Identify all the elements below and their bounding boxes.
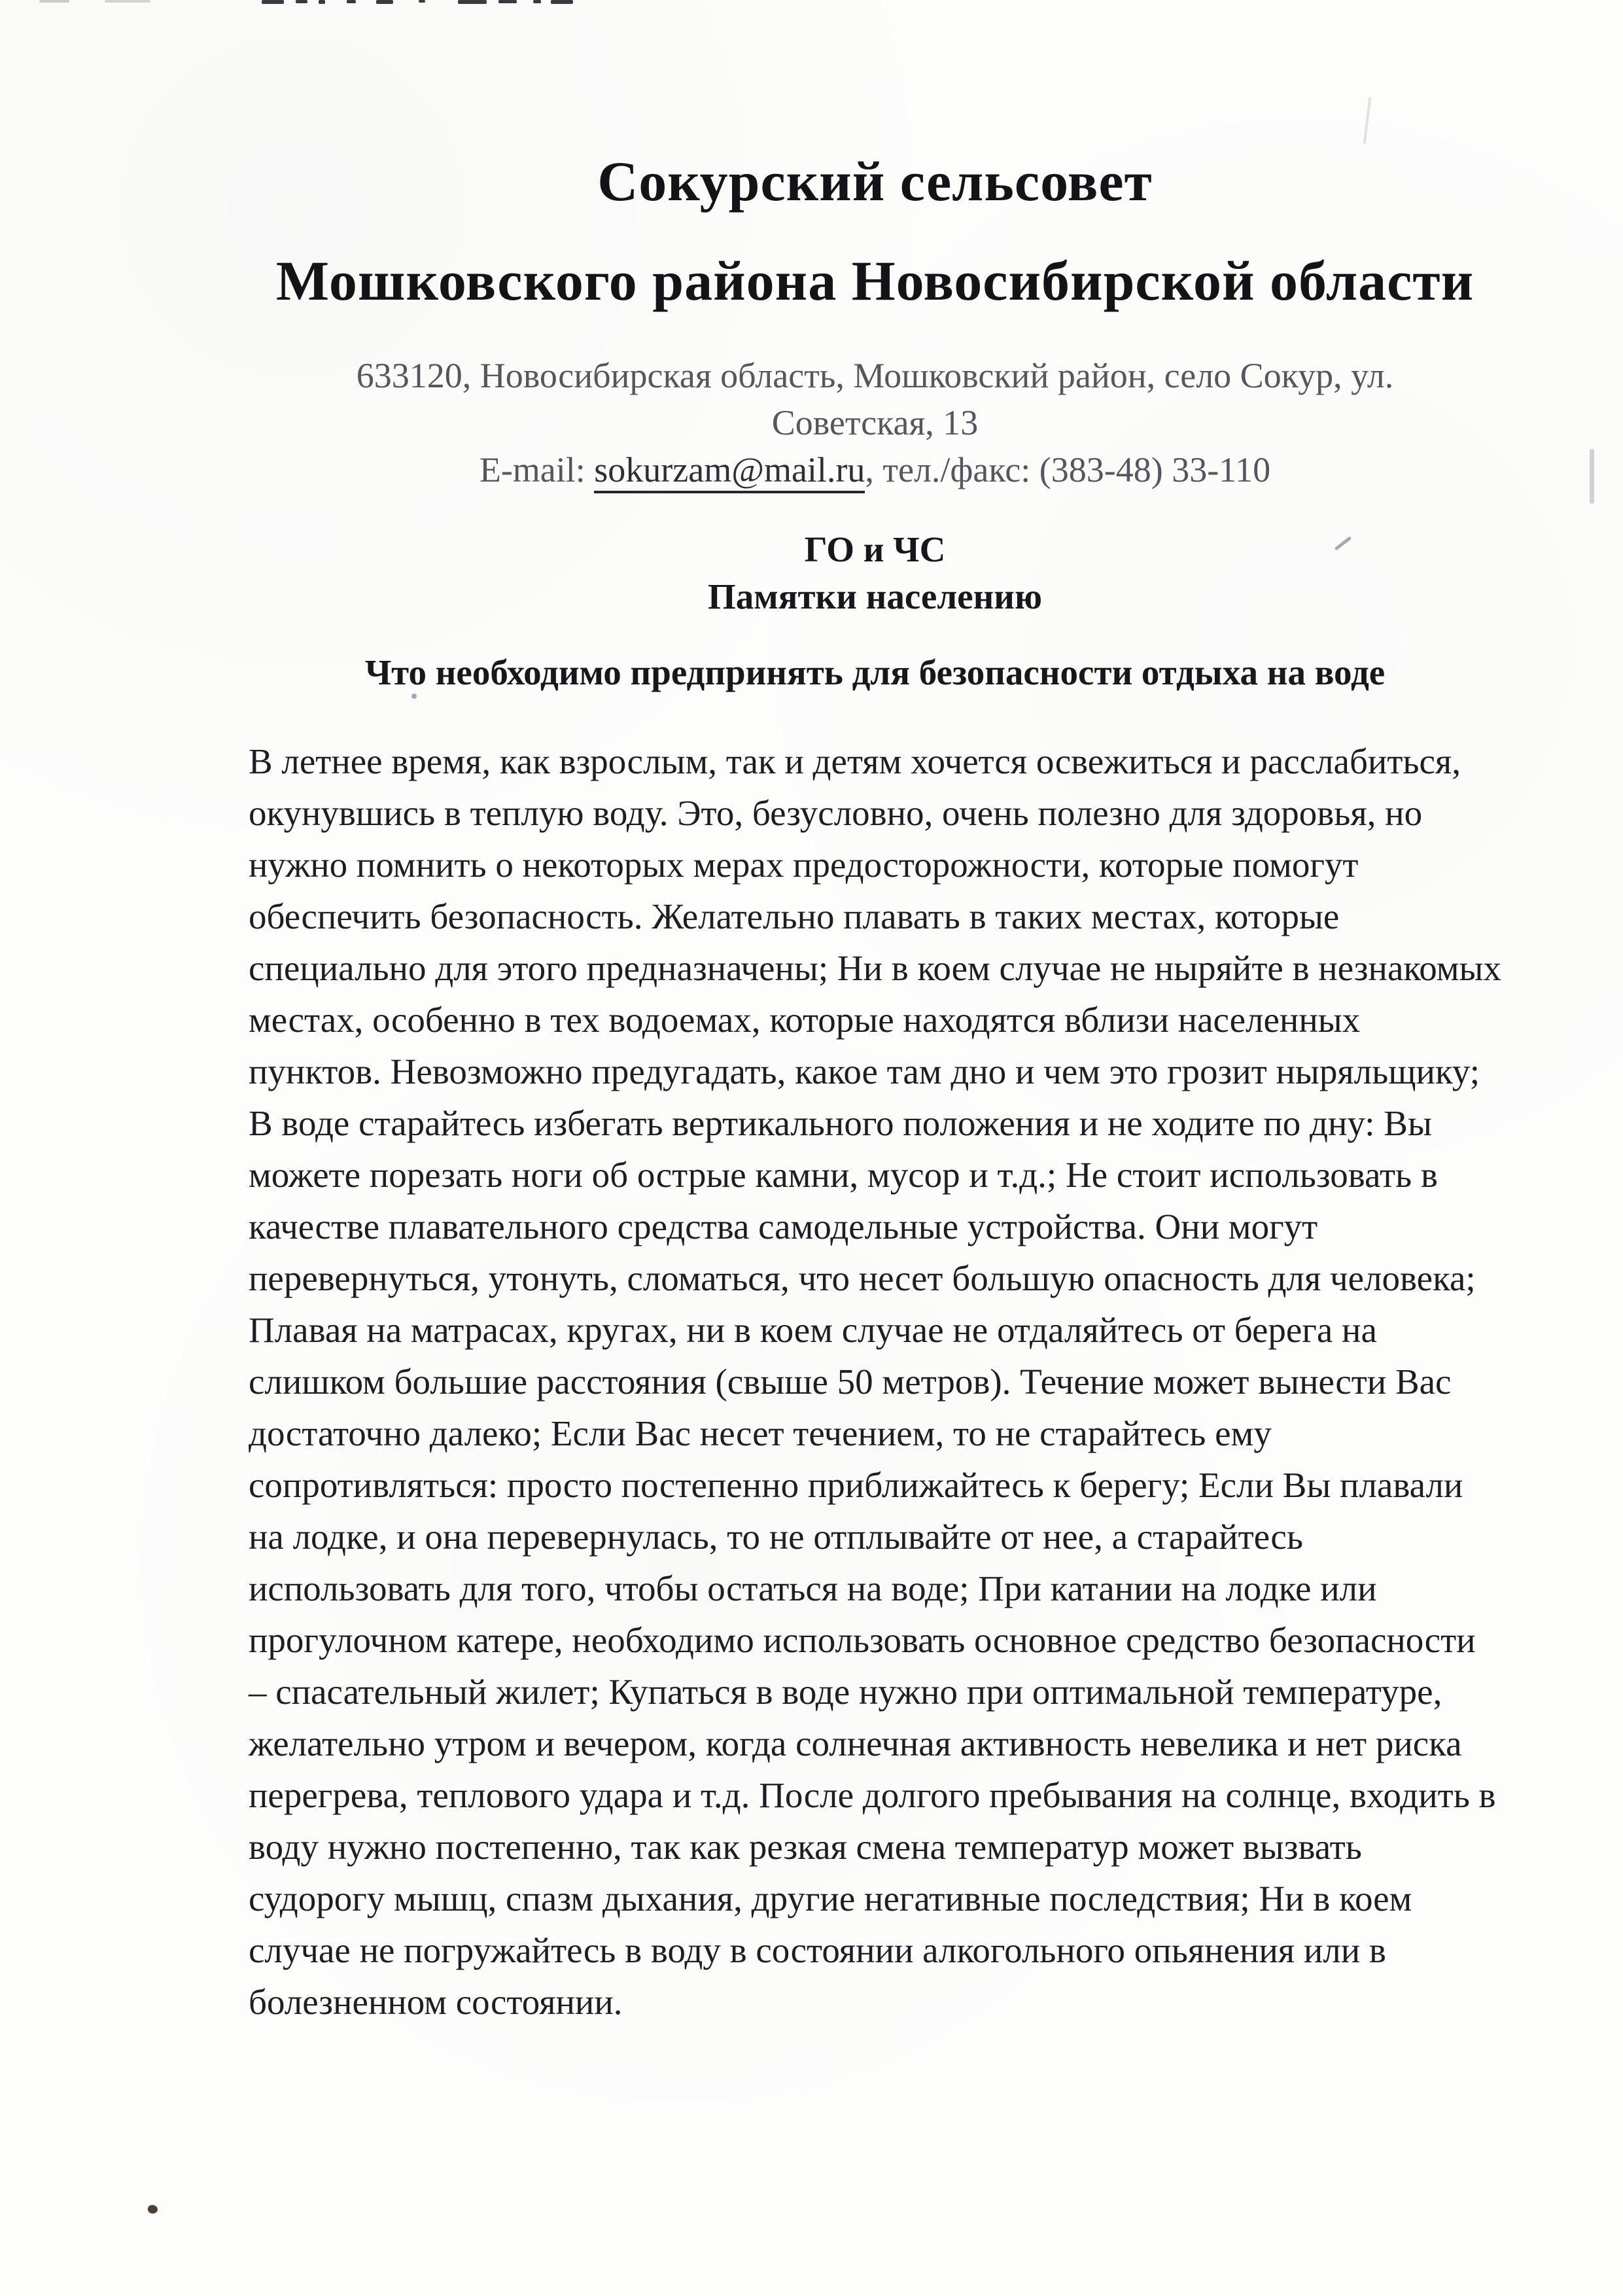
org-title-line2: Мошковского района Новосибирской области: [249, 251, 1501, 310]
document-content: Сокурский сельсовет Мошковского района Н…: [249, 0, 1501, 2028]
email-address: sokurzam@mail.ru: [594, 450, 865, 493]
scan-artifact-speck: [148, 2205, 158, 2214]
section-kicker-pamyatki: Памятки населению: [249, 573, 1501, 620]
scan-artifact-top-dash: [39, 0, 69, 3]
memo-body-paragraph: В летнее время, как взрослым, так и детя…: [249, 735, 1501, 2028]
section-kicker-go-chs: ГО и ЧС: [249, 526, 1501, 573]
email-label: E-mail:: [480, 450, 594, 489]
scanned-document-page: Сокурский сельсовет Мошковского района Н…: [0, 0, 1623, 2296]
scan-artifact-top-dash: [105, 0, 150, 3]
org-title-line1: Сокурский сельсовет: [249, 152, 1501, 211]
phone-fax: , тел./факс: (383-48) 33-110: [865, 450, 1270, 489]
memo-heading: Что необходимо предпринять для безопасно…: [249, 649, 1501, 696]
contact-line: E-mail: sokurzam@mail.ru, тел./факс: (38…: [249, 446, 1501, 493]
org-address-block: 633120, Новосибирская область, Мошковски…: [249, 352, 1501, 493]
scan-artifact-streak: [1590, 449, 1594, 504]
address-line1: 633120, Новосибирская область, Мошковски…: [249, 352, 1501, 399]
address-line2: Советская, 13: [249, 399, 1501, 446]
